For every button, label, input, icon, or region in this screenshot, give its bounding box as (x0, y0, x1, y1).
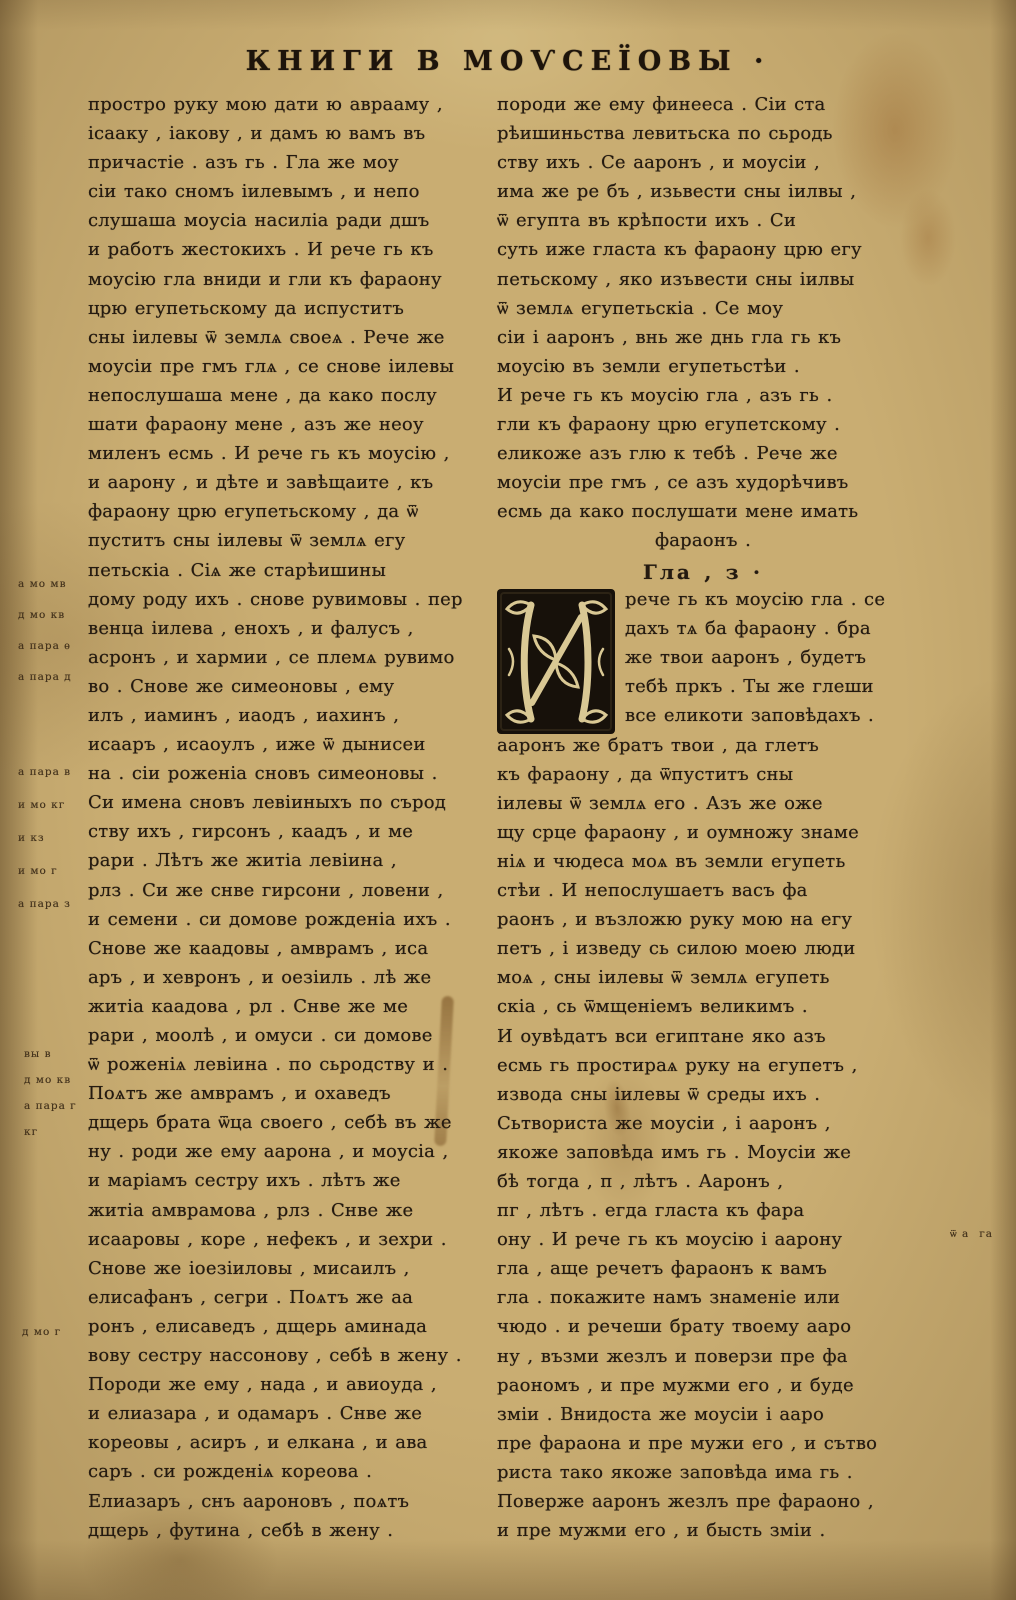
text-line: гли къ фараону црю егупетскому . (497, 414, 909, 443)
margin-note: д мо кв (18, 609, 72, 640)
text-line: раономъ , и пре мужми его , и буде (497, 1375, 909, 1404)
text-line: во . Снове же симеоновы , ему (88, 676, 484, 705)
text-line: тебѣ пркъ . Ты же глеши (625, 676, 909, 705)
text-line: сіи і ааронъ , внь же днь гла гь къ (497, 327, 909, 356)
text-line: Сьтвориста же моусіи , і ааронъ , (497, 1113, 909, 1142)
text-line: ѿ егупта въ крѣпости ихъ . Си (497, 210, 909, 239)
text-line: рече гь къ моусію гла . се (625, 589, 909, 618)
text-line: непослушаша мене , да како послу (88, 385, 484, 414)
text-line: пг , лѣтъ . егда гласта къ фара (497, 1200, 909, 1229)
text-line: пре фараона и пре мужи его , и сътво (497, 1433, 909, 1462)
text-line: и пре мужми его , и бысть зміи . (497, 1520, 909, 1549)
text-line: Породи же ему , нада , и авиоуда , (88, 1374, 484, 1403)
margin-note: а пара з (18, 898, 71, 931)
text-line: сны іилевы ѿ землѧ своеѧ . Рече же (88, 327, 484, 356)
text-line: и семени . си домове рожденіа ихъ . (88, 909, 484, 938)
text-line: Снове же каадовы , амврамъ , иса (88, 938, 484, 967)
text-block-top: породи же ему финееса . Сіи старѣишиньст… (497, 94, 909, 530)
text-line: слушаша моусіа насиліа ради дшъ (88, 210, 484, 239)
text-line: петъ , і изведу сь силою моею люди (497, 938, 909, 967)
text-line: аръ , и хевронъ , и оезіиль . лѣ же (88, 967, 484, 996)
margin-note: а пара д (18, 671, 72, 702)
text-line: ству ихъ . Се ааронъ , и моусіи , (497, 152, 909, 181)
text-line: саръ . си рожденіѧ кореова . (88, 1461, 484, 1490)
text-line: Снове же іоезіиловы , мисаилъ , (88, 1258, 484, 1287)
ornamental-initial-icon (497, 589, 615, 734)
text-line: суть иже гласта къ фараону црю егу (497, 239, 909, 268)
chapter-heading: Гла , з · (497, 560, 909, 589)
text-line: исааръ , исаоулъ , иже ѿ дынисеи (88, 734, 484, 763)
text-line: моусіи пре гмъ глѧ , се снове іилевы (88, 356, 484, 385)
margin-note: а мо мв (18, 578, 72, 609)
text-line: же твои ааронъ , будетъ (625, 647, 909, 676)
text-line: исааровы , коре , нефекъ , и зехри . (88, 1229, 484, 1258)
text-line: илъ , иаминъ , иаодъ , иахинъ , (88, 705, 484, 734)
margin-note: д мо г (22, 1326, 61, 1352)
text-line: гла . покажите намъ знаменіе или (497, 1287, 909, 1316)
text-line: дахъ тѧ ба фараону . бра (625, 618, 909, 647)
margin-note: кг (24, 1126, 77, 1152)
text-line: рлз . Си же снве гирсони , ловени , (88, 880, 484, 909)
text-line: рари . Лѣтъ же житіа левіина , (88, 850, 484, 879)
text-line: породи же ему финееса . Сіи ста (497, 94, 909, 123)
text-line: фараону црю егупетьскому , да ѿ (88, 501, 484, 530)
text-line: стѣи . И непослушаетъ васъ фа (497, 880, 909, 909)
margin-note: а пара ѳ (18, 640, 72, 671)
margin-notes-group-3: вы вд мо ква пара гкг (24, 1048, 77, 1152)
text-line: ону . И рече гь къ моусію і аарону (497, 1229, 909, 1258)
text-line: дому роду ихъ . снове рувимовы . пер (88, 589, 484, 618)
text-line: рѣишиньства левитьска по сьродь (497, 123, 909, 152)
text-line: есмь гь простираѧ руку на егупетъ , (497, 1055, 909, 1084)
text-line: моусіи пре гмъ , се азъ худорѣчивъ (497, 472, 909, 501)
text-line: има же ре бъ , изьвести сны іилвы , (497, 181, 909, 210)
text-line: ну . роди же ему аарона , и моусіа , (88, 1141, 484, 1170)
text-line: гла , аще речетъ фараонъ к вамъ (497, 1258, 909, 1287)
text-line: ѿ роженіѧ левіина . по сьродству и . (88, 1054, 484, 1083)
text-line: все еликоти заповѣдахъ . (625, 705, 909, 734)
text-line: щу срце фараону , и оумножу знаме (497, 822, 909, 851)
text-line: причастіе . азъ гь . Гла же моу (88, 152, 484, 181)
text-line: и работъ жестокихъ . И рече гь къ (88, 239, 484, 268)
margin-note: и кз (18, 832, 71, 865)
text-line: црю егупетьскому да испуститъ (88, 298, 484, 327)
text-line: на . сіи роженіа сновъ симеоновы . (88, 763, 484, 792)
text-line: іилевы ѿ землѧ его . Азъ же оже (497, 793, 909, 822)
text-line: ну , възми жезлъ и поверзи пре фа (497, 1346, 909, 1375)
page-title: КНИГИ В МОѴСЕЇОВЫ · (0, 46, 1016, 77)
text-line: асронъ , и хармии , се племѧ рувимо (88, 647, 484, 676)
margin-note: а пара в (18, 766, 71, 799)
text-line: елисафанъ , сегри . Поѧтъ же аа (88, 1287, 484, 1316)
text-line: и маріамъ сестру ихъ . лѣтъ же (88, 1170, 484, 1199)
text-line: пуститъ сны іилевы ѿ землѧ егу (88, 530, 484, 559)
text-line: ронъ , елисаведъ , дщерь аминада (88, 1316, 484, 1345)
margin-notes-group-2: а пара ви мо кги кзи мо га пара з (18, 766, 71, 931)
text-line: риста тако якоже заповѣда има гь . (497, 1462, 909, 1491)
text-line: дщерь брата ѿца своего , себѣ въ же (88, 1112, 484, 1141)
text-line: И рече гь къ моусію гла , азъ гь . (497, 385, 909, 414)
text-line: къ фараону , да ѿпуститъ сны (497, 764, 909, 793)
text-line: раонъ , и възложю руку мою на егу (497, 909, 909, 938)
margin-note: ѿ а (950, 1228, 969, 1248)
text-line: Поверже ааронъ жезлъ пре фараоно , (497, 1491, 909, 1520)
text-line: рари , моолѣ , и омуси . си домове (88, 1025, 484, 1054)
text-line: извода сны іилевы ѿ среды ихъ . (497, 1084, 909, 1113)
text-line: Си имена сновъ левіиныхъ по сърод (88, 792, 484, 821)
text-line: петьскому , яко изъвести сны іилвы (497, 269, 909, 298)
text-line: есмь да како послушати мене имать (497, 501, 909, 530)
text-line: кореовы , асиръ , и елкана , и ава (88, 1432, 484, 1461)
book-page: КНИГИ В МОѴСЕЇОВЫ · простро руку мою дат… (0, 0, 1016, 1600)
text-line: миленъ есмь . И рече гь къ моусію , (88, 443, 484, 472)
text-line: житіа амврамова , рлз . Снве же (88, 1200, 484, 1229)
text-line: житіа каадова , рл . Снве же ме (88, 996, 484, 1025)
margin-note: га (979, 1228, 993, 1248)
text-line: скіа , сь ѿмщеніемъ великимъ . (497, 996, 909, 1025)
text-line: якоже заповѣда имъ гь . Моусіи же (497, 1142, 909, 1171)
text-line: Елиазаръ , снъ аароновъ , поѧтъ (88, 1491, 484, 1520)
text-line: ѿ землѧ егупетьскіа . Се моу (497, 298, 909, 327)
text-line: бѣ тогда , п , лѣтъ . Ааронъ , (497, 1171, 909, 1200)
text-line: вову сестру нассонову , себѣ в жену . (88, 1345, 484, 1374)
text-line: еликоже азъ глю к тебѣ . Рече же (497, 443, 909, 472)
margin-note: д мо кв (24, 1074, 77, 1100)
margin-notes-group-4: д мо г (22, 1326, 61, 1352)
text-line: моусію въ земли егупетьстѣи . (497, 356, 909, 385)
margin-note: вы в (24, 1048, 77, 1074)
text-line: Поѧтъ же амврамъ , и охаведъ (88, 1083, 484, 1112)
margin-note: а пара г (24, 1100, 77, 1126)
text-line: и аарону , и дѣте и завѣщаите , къ (88, 472, 484, 501)
text-line: и елиазара , и одамаръ . Снве же (88, 1403, 484, 1432)
text-line: сіи тако сномъ іилевымъ , и непо (88, 181, 484, 210)
margin-notes-right: ѿ ага (950, 1228, 1014, 1248)
text-block-bottom: ааронъ же братъ твои , да глетъкъ фараон… (497, 735, 909, 1550)
text-line: шати фараону мене , азъ же неоу (88, 414, 484, 443)
text-line: ісааку , іакову , и дамъ ю вамъ въ (88, 123, 484, 152)
text-line: ааронъ же братъ твои , да глетъ (497, 735, 909, 764)
margin-note: и мо кг (18, 799, 71, 832)
text-line: И оувѣдатъ вси египтане яко азъ (497, 1026, 909, 1055)
dropcap-lines: рече гь къ моусію гла . седахъ тѧ ба фар… (625, 589, 909, 735)
paragraph-end-line: фараонъ . (497, 530, 909, 559)
dropcap-paragraph: рече гь къ моусію гла . седахъ тѧ ба фар… (497, 589, 909, 735)
text-line: ству ихъ , гирсонъ , каадъ , и ме (88, 821, 484, 850)
text-line: дщерь , футина , себѣ в жену . (88, 1520, 484, 1549)
text-line: чюдо . и речеши брату твоему ааро (497, 1316, 909, 1345)
text-line: простро руку мою дати ю аврааму , (88, 94, 484, 123)
margin-notes-group-1: а мо мвд мо ква пара ѳа пара д (18, 578, 72, 702)
text-line: венца іилева , енохъ , и фалусъ , (88, 618, 484, 647)
text-column-right: породи же ему финееса . Сіи старѣишиньст… (497, 94, 909, 1549)
text-line: моѧ , сны іилевы ѿ землѧ егупеть (497, 967, 909, 996)
text-column-left: простро руку мою дати ю аврааму ,ісааку … (88, 94, 484, 1549)
text-line: петьскіа . Сіѧ же старѣишины (88, 560, 484, 589)
text-line: моусію гла вниди и гли къ фараону (88, 269, 484, 298)
margin-note: и мо г (18, 865, 71, 898)
text-line: зміи . Внидоста же моусіи і ааро (497, 1404, 909, 1433)
text-line: ніѧ и чюдеса моѧ въ земли егупеть (497, 851, 909, 880)
